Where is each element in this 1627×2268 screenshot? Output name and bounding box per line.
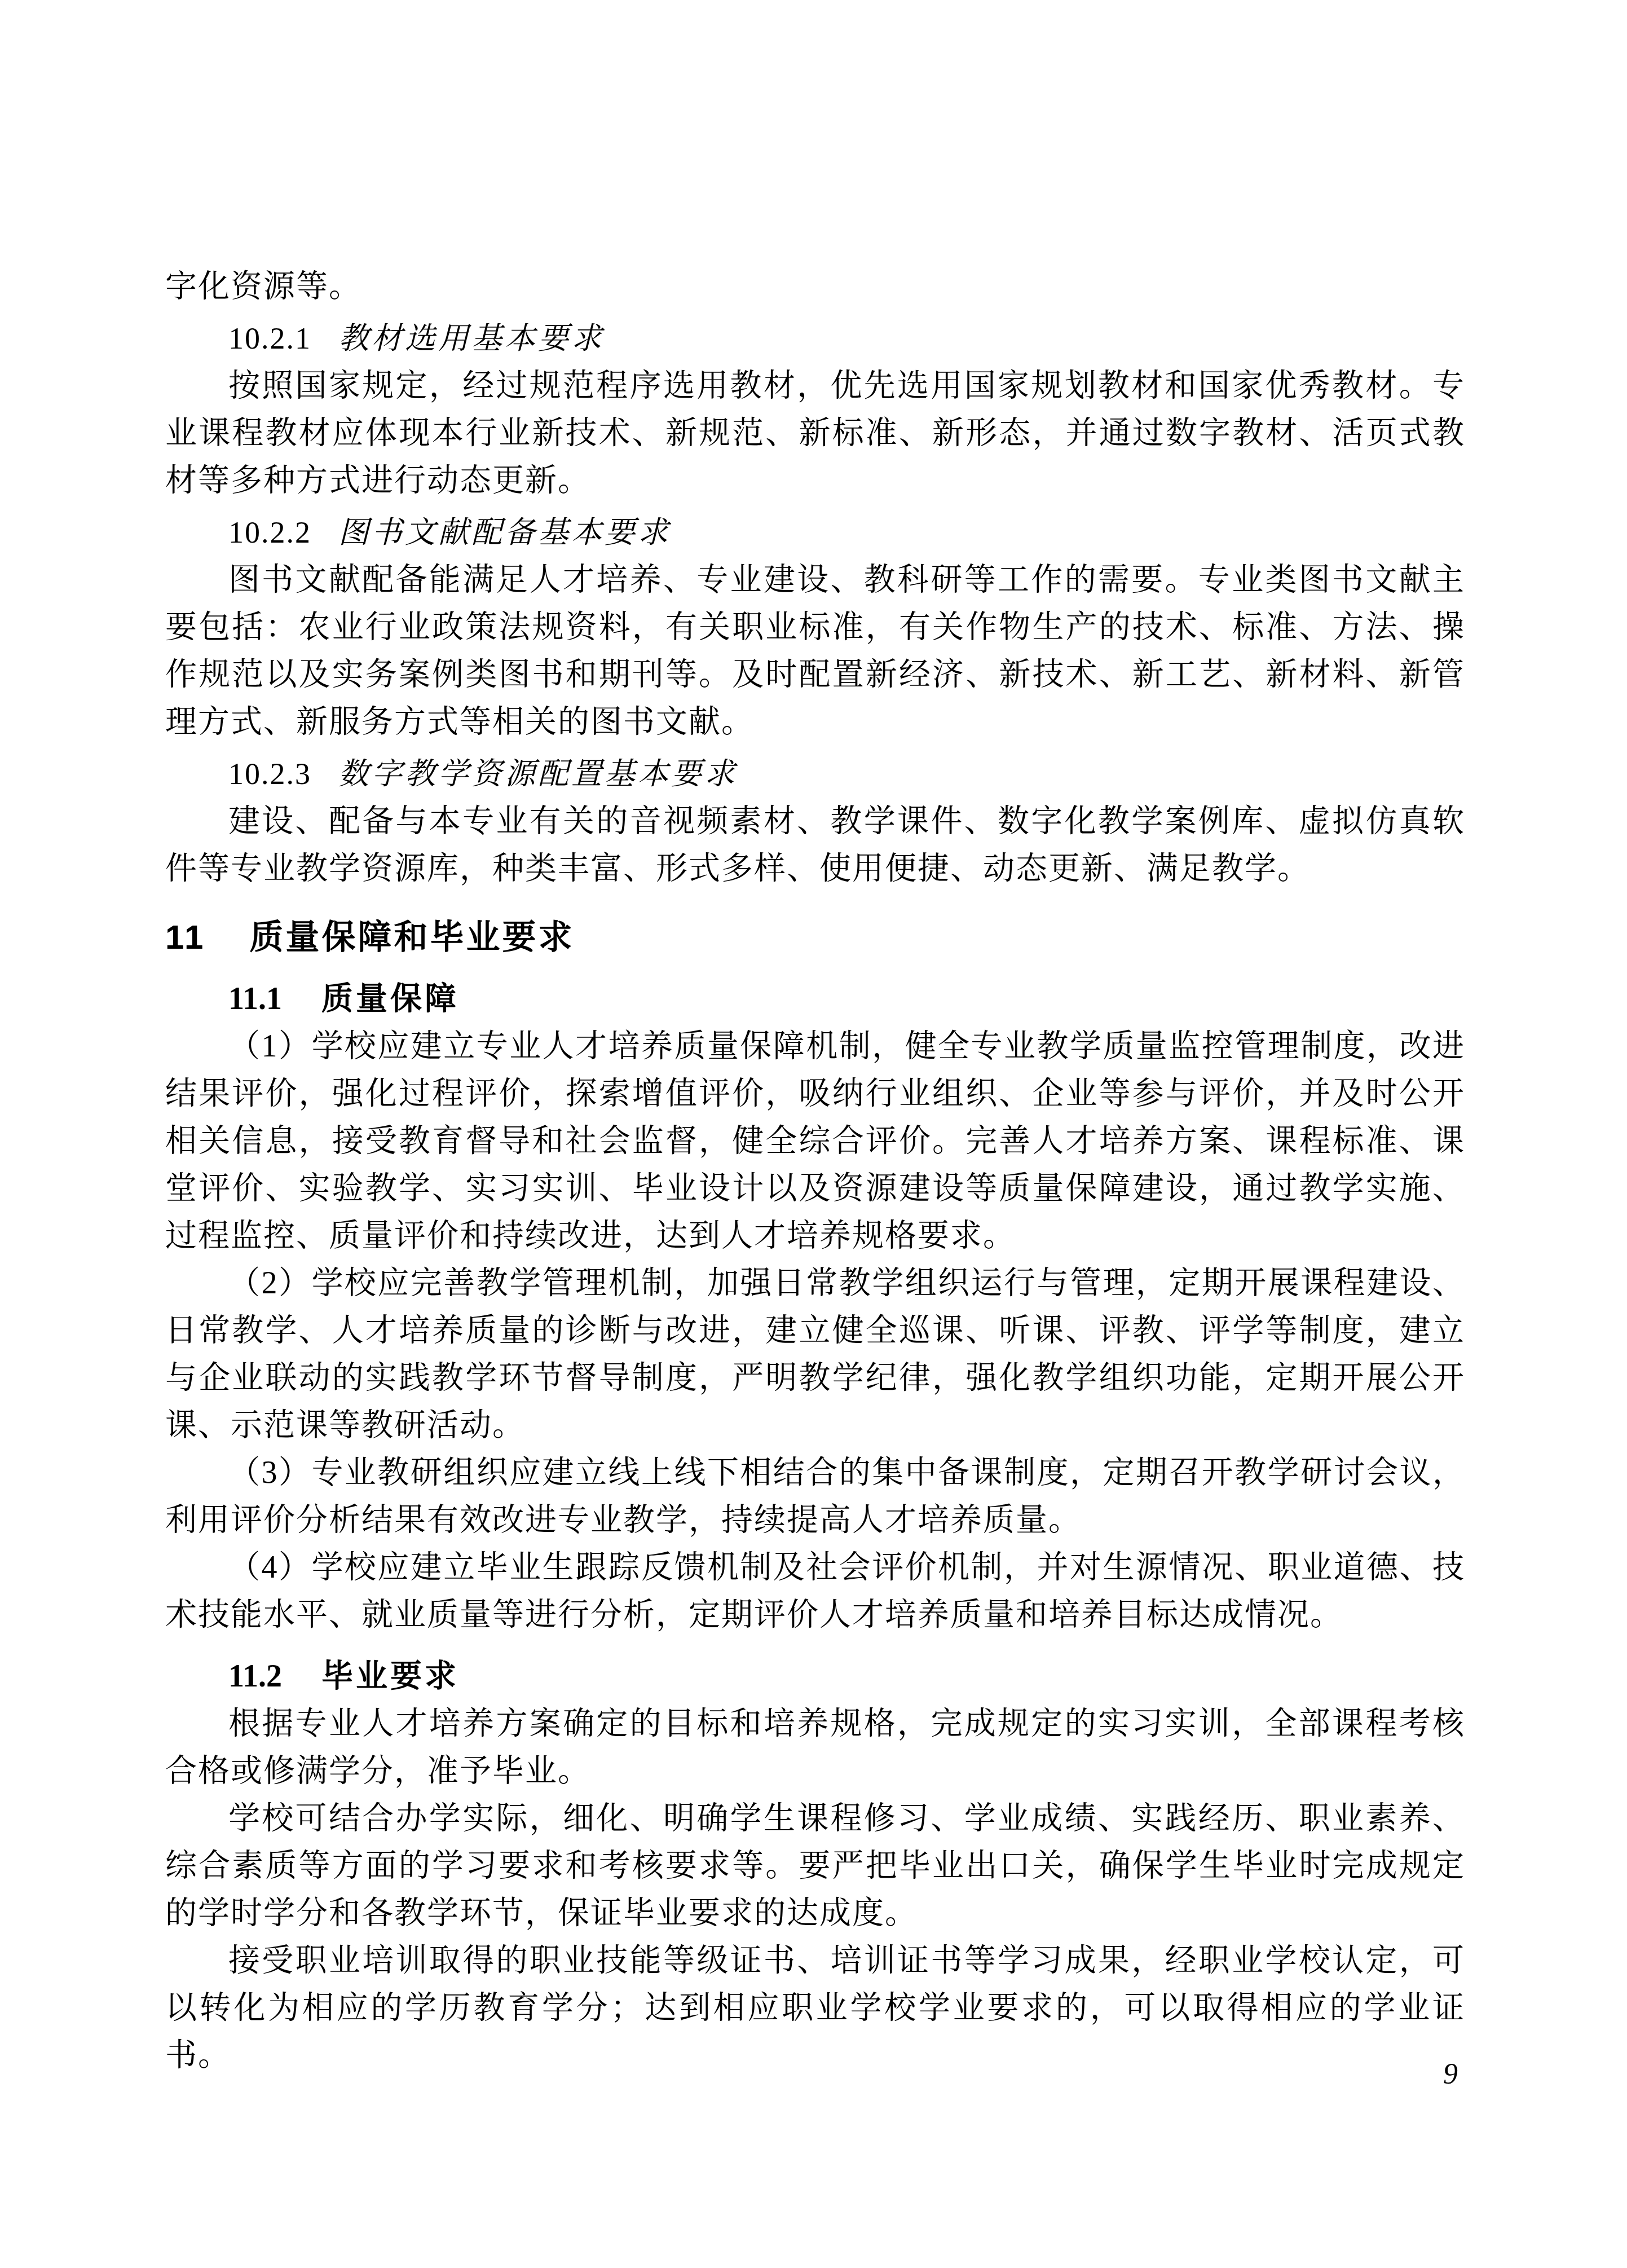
subsection-number: 11.2 <box>228 1659 282 1694</box>
subsection-title: 毕业要求 <box>321 1658 459 1693</box>
section-body-10-2-2: 图书文献配备能满足人才培养、专业建设、教科研等工作的需要。专业类图书文献主要包括… <box>165 556 1465 746</box>
section-heading-10-2-1: 10.2.1教材选用基本要求 <box>165 315 1465 362</box>
section-title: 教材选用基本要求 <box>338 322 605 355</box>
section-number: 10.2.3 <box>228 757 311 791</box>
document-page: 字化资源等。 10.2.1教材选用基本要求 按照国家规定，经过规范程序选用教材，… <box>0 0 1627 2268</box>
section-number: 10.2.1 <box>228 322 311 355</box>
paragraph: （2）学校应完善教学管理机制，加强日常教学组织运行与管理，定期开展课程建设、日常… <box>165 1259 1465 1449</box>
continuation-paragraph: 字化资源等。 <box>165 263 1465 310</box>
subsection-number: 11.1 <box>228 981 282 1016</box>
section-title: 数字教学资源配置基本要求 <box>338 757 738 791</box>
section-body-10-2-1: 按照国家规定，经过规范程序选用教材，优先选用国家规划教材和国家优秀教材。专业课程… <box>165 362 1465 504</box>
section-heading-10-2-2: 10.2.2图书文献配备基本要求 <box>165 509 1465 556</box>
section-heading-10-2-3: 10.2.3数字教学资源配置基本要求 <box>165 750 1465 798</box>
section-title: 图书文献配备基本要求 <box>338 516 671 549</box>
subsection-heading-11-2: 11.2毕业要求 <box>165 1652 1465 1700</box>
paragraph: 接受职业培训取得的职业技能等级证书、培训证书等学习成果，经职业学校认定，可以转化… <box>165 1937 1465 2079</box>
section-number: 10.2.2 <box>228 516 311 549</box>
paragraph: （4）学校应建立毕业生跟踪反馈机制及社会评价机制，并对生源情况、职业道德、技术技… <box>165 1544 1465 1639</box>
subsection-title: 质量保障 <box>321 980 459 1016</box>
section-body-10-2-3: 建设、配备与本专业有关的音视频素材、教学课件、数字化教学案例库、虚拟仿真软件等专… <box>165 798 1465 892</box>
chapter-heading-11: 11质量保障和毕业要求 <box>165 914 1465 961</box>
subsection-heading-11-1: 11.1质量保障 <box>165 975 1465 1023</box>
page-number: 9 <box>1443 2058 1458 2091</box>
chapter-number: 11 <box>165 918 205 956</box>
paragraph: （1）学校应建立专业人才培养质量保障机制，健全专业教学质量监控管理制度，改进结果… <box>165 1023 1465 1259</box>
paragraph: （3）专业教研组织应建立线上线下相结合的集中备课制度，定期召开教学研讨会议，利用… <box>165 1449 1465 1544</box>
paragraph: 根据专业人才培养方案确定的目标和培养规格，完成规定的实习实训，全部课程考核合格或… <box>165 1700 1465 1795</box>
paragraph: 学校可结合办学实际，细化、明确学生课程修习、学业成绩、实践经历、职业素养、综合素… <box>165 1795 1465 1937</box>
chapter-title: 质量保障和毕业要求 <box>249 918 574 956</box>
